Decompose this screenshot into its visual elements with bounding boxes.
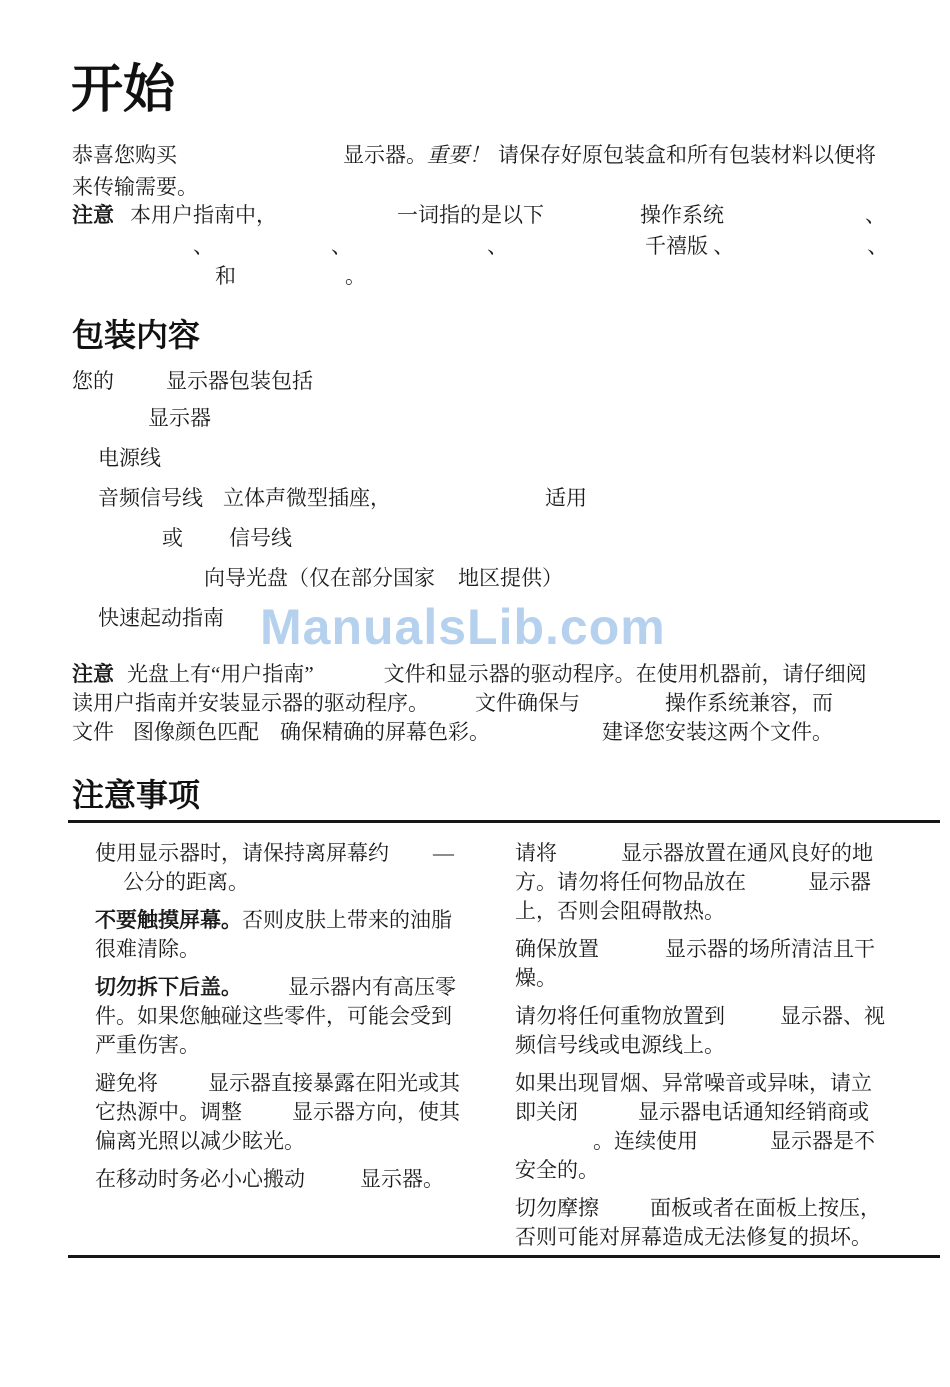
precautions-columns: 使用显示器时，请保持离屏幕约— 公分的距离。 不要触摸屏幕。否则皮肤上带来的油脂… [0,839,950,1261]
intro-line-2: 来传输需要。 [72,171,876,203]
missing-text-gap [515,1147,593,1148]
text-segment: 图像颜色匹配 [133,720,259,744]
text-segment: 电源线 [98,446,161,470]
text-space [490,161,498,162]
note-paragraph-2: 注意光盘上有“用户指南”文件和显示器的驱动程序。在使用机器前，请仔细阅 读用户指… [72,660,867,747]
note2-line-1: 注意光盘上有“用户指南”文件和显示器的驱动程序。在使用机器前，请仔细阅 [72,660,867,689]
text-segment: 上，否则会阻碍散热。 [515,899,725,923]
text-segment: 在移动时务必小心搬动 [95,1167,305,1191]
missing-text-gap [725,1022,780,1023]
text-segment: 、 [865,203,886,227]
text-segment: 请保存好原包装盒和所有包装材料以便将 [498,143,876,167]
note2-line-2: 读用户指南并安装显示器的驱动程序。文件确保与操作系统兼容，而 [72,689,867,718]
text-segment: 件。如果您触碰这些零件，可能会受到 [95,1004,452,1028]
para-line: 避免将显示器直接暴露在阳光或其 [95,1069,467,1098]
precaution-paragraph: 请勿将任何重物放置到显示器、视 频信号线或电源线上。 [515,1002,895,1060]
text-segment: 。 [345,264,366,288]
missing-text-gap [305,1185,360,1186]
missing-text-gap [114,387,166,388]
para-line: 请勿将任何重物放置到显示器、视 [515,1002,895,1031]
missing-text-gap [183,544,229,545]
missing-text-gap [429,709,475,710]
warning-bold: 不要触摸屏幕。 [95,909,242,932]
text-segment: 频信号线或电源线上。 [515,1033,725,1057]
missing-text-gap [158,1089,208,1090]
text-segment: 、 [867,234,888,258]
packing-item: 向导光盘（仅在部分国家地区提供） [72,558,587,598]
missing-text-gap [578,1118,638,1119]
missing-text-gap [236,282,345,283]
para-line: 频信号线或电源线上。 [515,1031,895,1060]
text-segment: 地区提供） [458,566,563,590]
note-label: 注意 [72,204,114,227]
text-segment: 立体声微型插座， [223,486,391,510]
missing-text-gap [259,738,280,739]
precaution-paragraph: 不要触摸屏幕。否则皮肤上带来的油脂 很难清除。 [95,906,467,964]
missing-text-gap [72,252,193,253]
warning-bold: 切勿拆下后盖。 [95,976,242,999]
para-line: 不要触摸屏幕。否则皮肤上带来的油脂 [95,906,467,935]
intro-line-1: 恭喜您购买显示器。重要！请保存好原包装盒和所有包装材料以便将 [72,139,876,171]
text-segment: 很难清除。 [95,937,200,961]
note-label: 注意 [72,663,114,686]
missing-text-gap [734,252,867,253]
missing-text-gap [746,888,808,889]
missing-text-gap [277,221,397,222]
text-segment: 显示器直接暴露在阳光或其 [208,1071,460,1095]
text-segment: 向导光盘（仅在部分国家 [204,566,435,590]
section-divider-top [68,820,940,823]
missing-text-gap [391,504,545,505]
column-right: 请将显示器放置在通风良好的地 方。请勿将任何物品放在显示器 上，否则会阻碍散热。… [515,839,895,1261]
packing-item: 或信号线 [72,518,587,558]
packing-item: 音频信号线立体声微型插座，适用 [72,478,587,518]
text-segment: 面板或者在面板上按压， [650,1196,881,1220]
text-segment: 切勿摩擦 [515,1196,599,1220]
column-left: 使用显示器时，请保持离屏幕约— 公分的距离。 不要触摸屏幕。否则皮肤上带来的油脂… [95,839,467,1261]
text-segment: 来传输需要。 [72,175,198,199]
para-line: 方。请勿将任何物品放在显示器 [515,868,895,897]
section-divider-bottom [68,1255,940,1258]
missing-text-gap [435,584,458,585]
text-segment: 显示器 [808,870,871,894]
text-segment: 确保放置 [515,937,599,961]
intro-paragraph: 恭喜您购买显示器。重要！请保存好原包装盒和所有包装材料以便将 来传输需要。 [72,139,876,203]
text-segment: 快速起动指南 [98,606,224,630]
text-space [114,221,130,222]
text-segment: 、 [331,234,352,258]
text-segment: 、 [193,234,214,258]
text-segment: 建译您安装这两个文件。 [602,720,833,744]
para-line: 请将显示器放置在通风良好的地 [515,839,895,868]
text-segment: 否则可能对屏幕造成无法修复的损坏。 [515,1225,872,1249]
para-line: 它热源中。调整显示器方向，使其 [95,1098,467,1127]
para-line: 使用显示器时，请保持离屏幕约— [95,839,467,868]
text-segment: 本用户指南中， [130,203,277,227]
text-segment: 文件 [72,720,114,744]
text-segment: 请勿将任何重物放置到 [515,1004,725,1028]
missing-text-gap [599,1214,650,1215]
text-segment: 安全的。 [515,1158,599,1182]
text-segment: 显示器包装包括 [166,369,313,393]
text-segment: 显示器放置在通风良好的地 [621,841,873,865]
text-segment: 使用显示器时，请保持离屏幕约 [95,841,389,865]
text-segment: 文件和显示器的驱动程序。在使用机器前，请仔细阅 [384,662,867,686]
text-segment: 它热源中。调整 [95,1100,242,1124]
text-segment: 确保精确的屏幕色彩。 [280,720,490,744]
missing-text-gap [72,282,215,283]
para-line: 否则可能对屏幕造成无法修复的损坏。 [515,1223,895,1252]
text-segment: 信号线 [229,526,292,550]
missing-text-gap [314,680,384,681]
missing-text-gap [114,738,133,739]
para-line: 如果出现冒烟、异常噪音或异味，请立 [515,1069,895,1098]
text-segment: 方。请勿将任何物品放在 [515,870,746,894]
packing-item: 电源线 [72,438,587,478]
text-segment: 一词指的是以下 [397,203,544,227]
missing-text-gap [242,1118,292,1119]
precaution-paragraph: 请将显示器放置在通风良好的地 方。请勿将任何物品放在显示器 上，否则会阻碍散热。 [515,839,895,926]
text-segment: 恭喜您购买 [72,143,177,167]
para-line: 件。如果您触碰这些零件，可能会受到 [95,1002,467,1031]
text-segment: 或 [162,526,183,550]
text-segment: 操作系统兼容，而 [665,691,833,715]
text-space [114,680,127,681]
para-line: 上，否则会阻碍散热。 [515,897,895,926]
text-segment: 显示器。 [360,1167,444,1191]
text-segment: 适用 [545,486,587,510]
text-segment: 和 [215,264,236,288]
page-title: 开始 [71,62,175,119]
note1-line-2: 、、、千禧版 、、 [72,231,888,261]
text-segment: 显示器。 [343,143,427,167]
text-segment: 文件确保与 [475,691,580,715]
packing-item: 显示器 [72,398,587,438]
para-line: 切勿拆下后盖。显示器内有高压零 [95,973,467,1002]
precaution-paragraph: 切勿摩擦面板或者在面板上按压， 否则可能对屏幕造成无法修复的损坏。 [515,1194,895,1252]
text-space [203,504,223,505]
note2-line-3: 文件图像颜色匹配确保精确的屏幕色彩。建译您安装这两个文件。 [72,718,867,747]
note1-line-1: 注意本用户指南中，一词指的是以下操作系统、 [72,200,888,231]
precaution-paragraph: 切勿拆下后盖。显示器内有高压零 件。如果您触碰这些零件，可能会受到 严重伤害。 [95,973,467,1060]
text-segment: 读用户指南并安装显示器的驱动程序。 [72,691,429,715]
missing-text-gap [177,161,343,162]
para-line: 在移动时务必小心搬动显示器。 [95,1165,467,1194]
missing-text-gap [490,738,602,739]
para-line: 切勿摩擦面板或者在面板上按压， [515,1194,895,1223]
para-line: 偏离光照以减少眩光。 [95,1127,467,1156]
para-line: 很难清除。 [95,935,467,964]
packing-heading: 包装内容 [72,317,200,354]
text-segment: 。连续使用 [593,1129,698,1153]
text-segment: 即关闭 [515,1100,578,1124]
precaution-paragraph: 确保放置显示器的场所清洁且干 燥。 [515,935,895,993]
missing-text-gap [724,221,865,222]
missing-text-gap [389,859,433,860]
text-segment: 如果出现冒烟、异常噪音或异味，请立 [515,1071,872,1095]
text-segment: 千禧版 、 [645,234,734,258]
packing-intro: 您的显示器包装包括 [72,366,313,396]
manual-page: 开始 恭喜您购买显示器。重要！请保存好原包装盒和所有包装材料以便将 来传输需要。… [0,0,950,1387]
missing-text-gap [544,221,640,222]
text-segment: 显示器 [148,406,211,430]
text-segment: 燥。 [515,966,557,990]
para-line: 确保放置显示器的场所清洁且干 [515,935,895,964]
important-italic: 重要！ [427,143,490,167]
missing-text-gap [242,993,288,994]
precautions-heading: 注意事项 [72,777,200,814]
text-segment: 请将 [515,841,557,865]
para-line: 公分的距离。 [95,868,467,897]
para-line: 即关闭显示器电话通知经销商或 [515,1098,895,1127]
precaution-paragraph: 在移动时务必小心搬动显示器。 [95,1165,467,1194]
text-segment: 避免将 [95,1071,158,1095]
text-segment: 您的 [72,369,114,393]
text-segment: 公分的距离。 [123,870,249,894]
precaution-paragraph: 如果出现冒烟、异常噪音或异味，请立 即关闭显示器电话通知经销商或 。连续使用显示… [515,1069,895,1185]
missing-text-gap [580,709,665,710]
note1-line-3: 和。 [72,261,888,291]
missing-text-gap [698,1147,770,1148]
note-paragraph-1: 注意本用户指南中，一词指的是以下操作系统、 、、、千禧版 、、 和。 [72,200,888,291]
missing-text-gap [508,252,645,253]
missing-text-gap [557,859,621,860]
para-line: 严重伤害。 [95,1031,467,1060]
para-line: 燥。 [515,964,895,993]
para-line: 。连续使用显示器是不 [515,1127,895,1156]
missing-text-gap [599,955,665,956]
text-segment: 操作系统 [640,203,724,227]
text-segment: 显示器是不 [770,1129,875,1153]
text-segment: 显示器内有高压零 [288,975,456,999]
missing-text-gap [352,252,487,253]
text-segment: 否则皮肤上带来的油脂 [242,908,452,932]
manualslib-watermark: ManualsLib.com [260,600,666,655]
text-segment: — [433,841,454,865]
precaution-paragraph: 使用显示器时，请保持离屏幕约— 公分的距离。 [95,839,467,897]
text-segment: 、 [487,234,508,258]
text-segment: 显示器方向，使其 [292,1100,460,1124]
text-segment: 显示器的场所清洁且干 [665,937,875,961]
text-segment: 严重伤害。 [95,1033,200,1057]
text-segment: 音频信号线 [98,486,203,510]
text-segment: 光盘上有“用户指南” [127,662,314,686]
text-segment: 显示器、视 [780,1004,885,1028]
text-segment: 偏离光照以减少眩光。 [95,1129,305,1153]
text-segment: 显示器电话通知经销商或 [638,1100,869,1124]
missing-text-gap [214,252,331,253]
para-line: 安全的。 [515,1156,895,1185]
precaution-paragraph: 避免将显示器直接暴露在阳光或其 它热源中。调整显示器方向，使其 偏离光照以减少眩… [95,1069,467,1156]
